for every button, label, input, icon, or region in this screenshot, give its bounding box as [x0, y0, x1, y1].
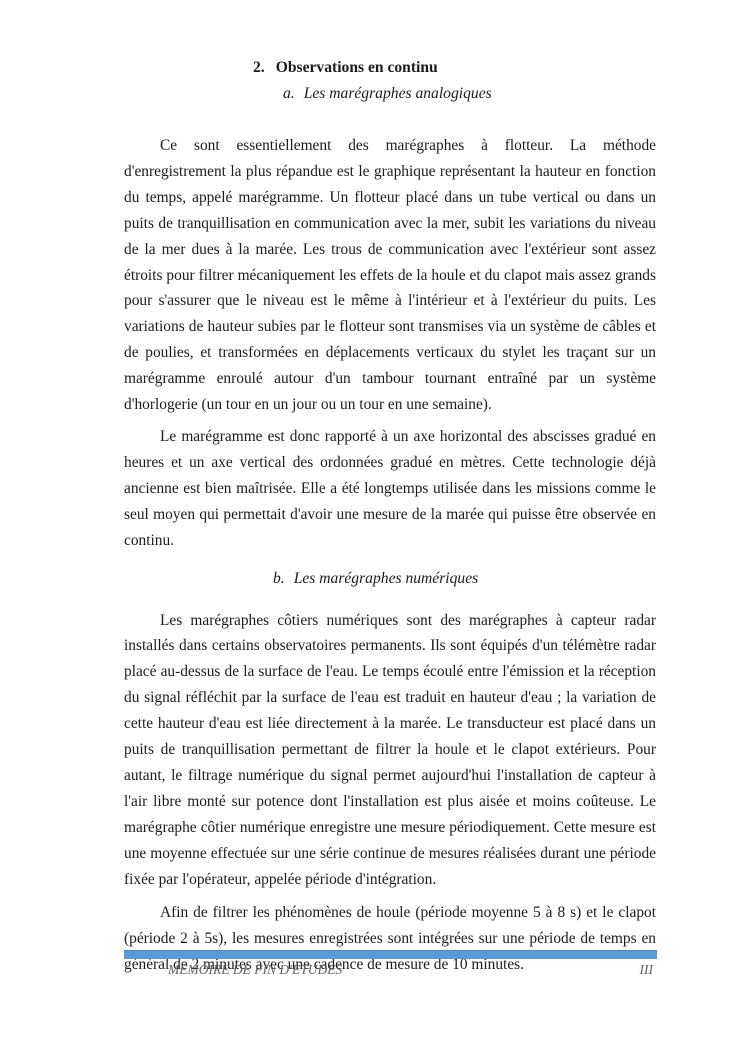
section-heading: 2.Observations en continu [253, 55, 656, 81]
footer-page-number: III [640, 962, 654, 978]
document-page: { "document": { "headings": { "section":… [0, 0, 745, 1053]
section-heading-title: Observations en continu [276, 59, 438, 76]
paragraph-maregramme-axes: Le marégramme est donc rapporté à un axe… [124, 424, 656, 554]
paragraph-numeric-description: Les marégraphes côtiers numériques sont … [124, 608, 656, 893]
page-footer: MEMOIRE DE FIN D'ETUDES III [124, 962, 657, 978]
section-heading-number: 2. [253, 59, 265, 76]
paragraph-analog-description: Ce sont essentiellement des marégraphes … [124, 133, 656, 418]
page-content: 2.Observations en continu a.Les marégrap… [124, 55, 656, 978]
subheading-analog: a.Les marégraphes analogiques [283, 81, 656, 107]
subheading-numeric: b.Les marégraphes numériques [273, 566, 656, 592]
footer-title: MEMOIRE DE FIN D'ETUDES [168, 962, 342, 978]
subheading-numeric-title: Les marégraphes numériques [294, 570, 479, 587]
subheading-analog-title: Les marégraphes analogiques [304, 85, 492, 102]
footer-rule [124, 950, 657, 959]
subheading-analog-letter: a. [283, 85, 295, 102]
subheading-numeric-letter: b. [273, 570, 285, 587]
